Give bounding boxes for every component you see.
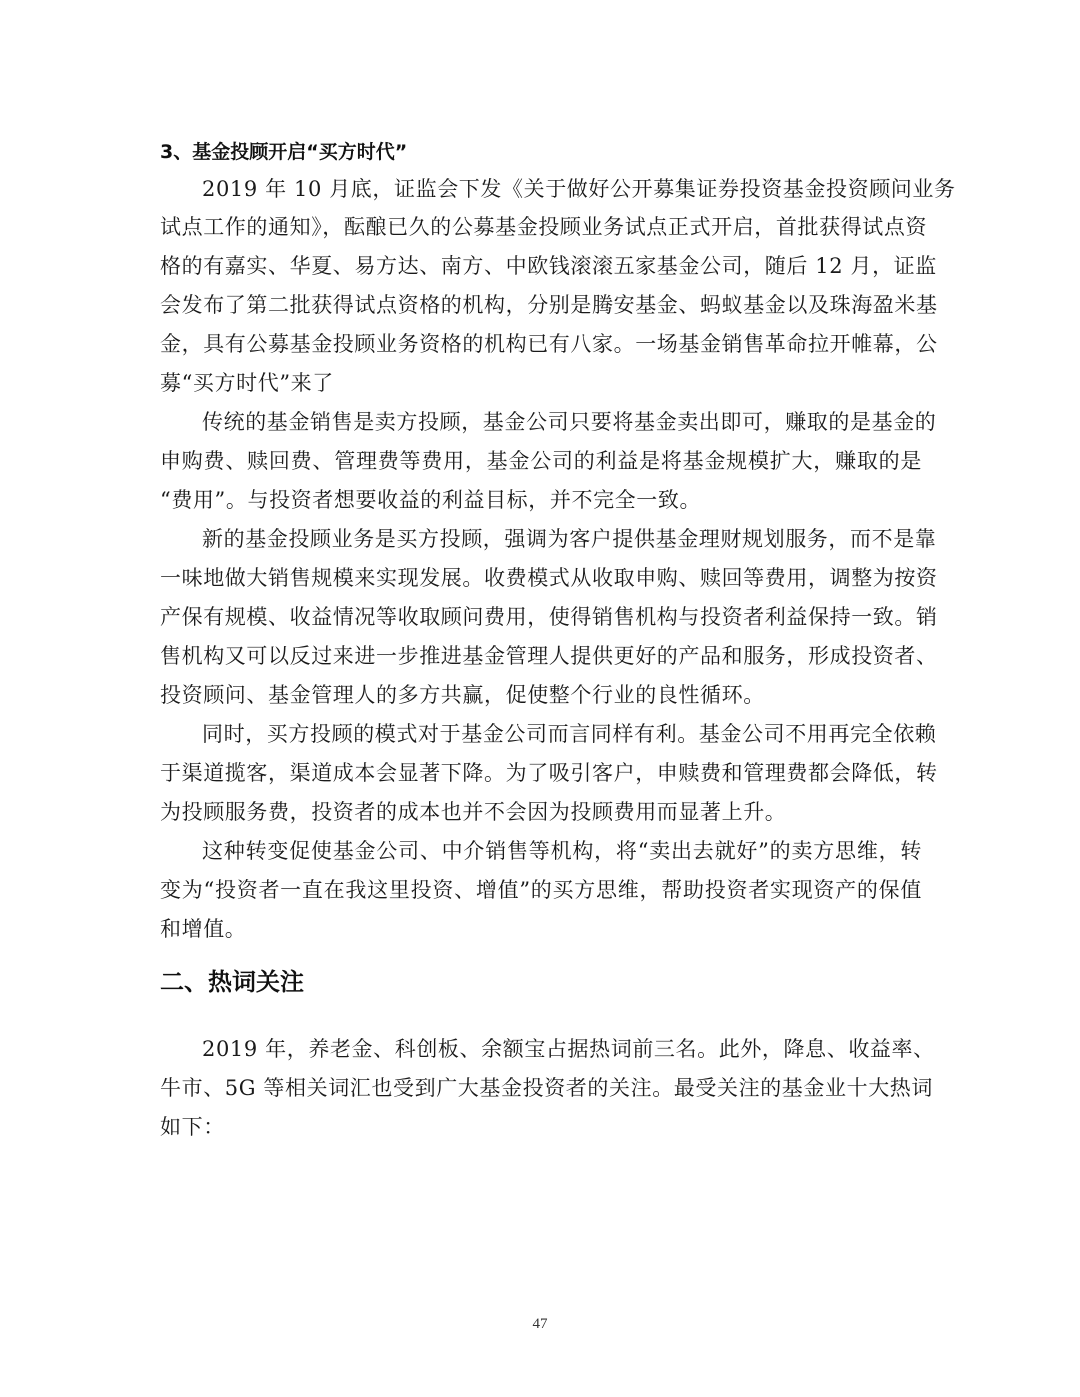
paragraph-line: 2019 年，养老金、科创板、余额宝占据热词前三名。此外，降息、收益率、: [202, 1035, 922, 1063]
paragraph-line: 一味地做大销售规模来实现发展。收费模式从收取申购、赎回等费用，调整为按资: [160, 564, 922, 592]
paragraph-line: 这种转变促使基金公司、中介销售等机构，将“卖出去就好”的卖方思维，转: [202, 837, 922, 865]
paragraph-line: 产保有规模、收益情况等收取顾问费用，使得销售机构与投资者利益保持一致。销: [160, 603, 922, 631]
paragraph-line: 会发布了第二批获得试点资格的机构，分别是腾安基金、蚂蚁基金以及珠海盈米基: [160, 291, 922, 319]
paragraph-line: 牛市、5G 等相关词汇也受到广大基金投资者的关注。最受关注的基金业十大热词: [160, 1074, 922, 1102]
paragraph-line: 传统的基金销售是卖方投顾，基金公司只要将基金卖出即可，赚取的是基金的: [202, 408, 922, 436]
paragraph-line: “费用”。与投资者想要收益的利益目标，并不完全一致。: [160, 486, 922, 514]
paragraph-line: 格的有嘉实、华夏、易方达、南方、中欧钱滚滚五家基金公司，随后 12 月，证监: [160, 252, 922, 280]
section-heading: 3、基金投顾开启“买方时代”: [160, 138, 407, 166]
paragraph-line: 试点工作的通知》，酝酿已久的公募基金投顾业务试点正式开启，首批获得试点资: [160, 213, 922, 241]
paragraph-line: 新的基金投顾业务是买方投顾，强调为客户提供基金理财规划服务，而不是靠: [202, 525, 922, 553]
paragraph-line: 于渠道揽客，渠道成本会显著下降。为了吸引客户，申赎费和管理费都会降低，转: [160, 759, 922, 787]
paragraph-line: 如下：: [160, 1113, 922, 1141]
paragraph-line: 2019 年 10 月底，证监会下发《关于做好公开募集证券投资基金投资顾问业务: [202, 175, 922, 203]
paragraph-line: 申购费、赎回费、管理费等费用，基金公司的利益是将基金规模扩大，赚取的是: [160, 447, 922, 475]
paragraph-line: 和增值。: [160, 915, 922, 943]
paragraph-line: 变为“投资者一直在我这里投资、增值”的买方思维，帮助投资者实现资产的保值: [160, 876, 922, 904]
page-number: 47: [0, 1316, 1080, 1333]
paragraph-line: 金，具有公募基金投顾业务资格的机构已有八家。一场基金销售革命拉开帷幕，公: [160, 330, 922, 358]
paragraph-line: 同时，买方投顾的模式对于基金公司而言同样有利。基金公司不用再完全依赖: [202, 720, 922, 748]
paragraph-line: 投资顾问、基金管理人的多方共赢，促使整个行业的良性循环。: [160, 681, 922, 709]
paragraph-line: 募“买方时代”来了: [160, 369, 922, 397]
document-page: 3、基金投顾开启“买方时代” 2019 年 10 月底，证监会下发《关于做好公开…: [0, 0, 1080, 1397]
chapter-heading: 二、热词关注: [160, 966, 304, 998]
paragraph-line: 售机构又可以反过来进一步推进基金管理人提供更好的产品和服务，形成投资者、: [160, 642, 922, 670]
paragraph-line: 为投顾服务费，投资者的成本也并不会因为投顾费用而显著上升。: [160, 798, 922, 826]
